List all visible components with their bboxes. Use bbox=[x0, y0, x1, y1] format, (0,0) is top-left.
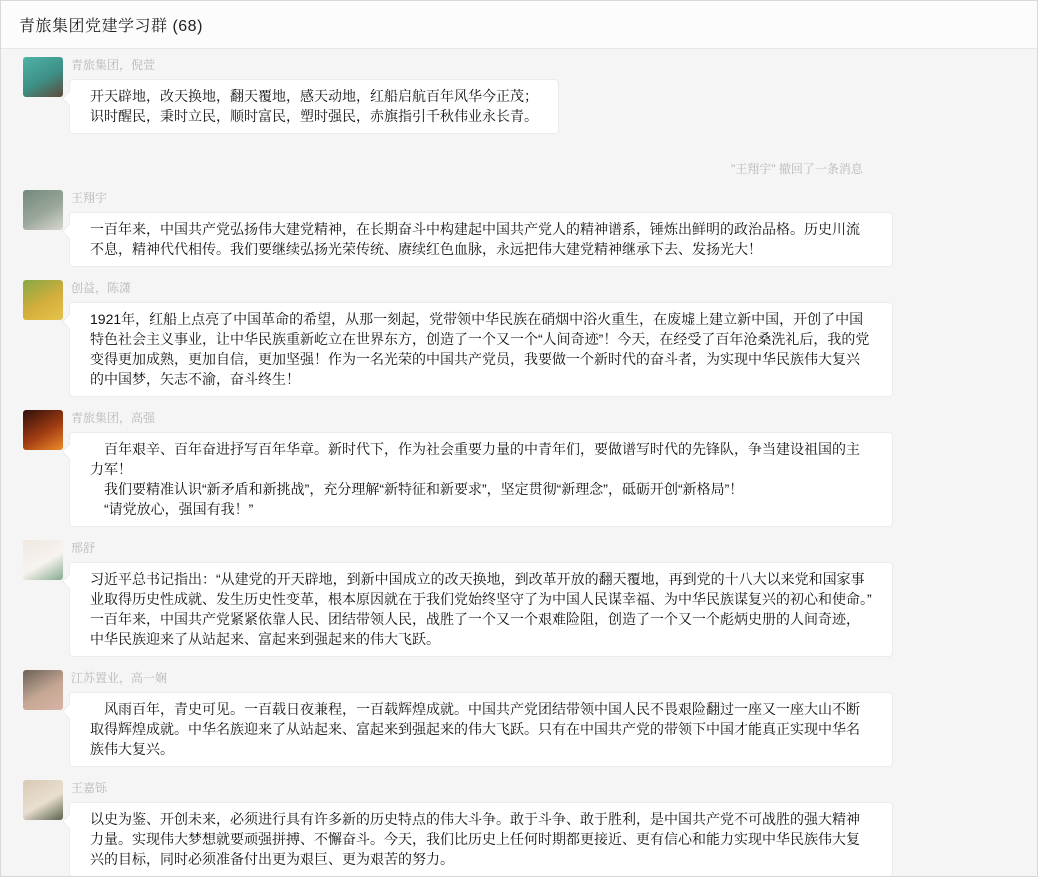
chat-header: 青旅集团党建学习群 (68) bbox=[1, 1, 1037, 49]
message-bubble[interactable]: 以史为鉴、开创未来，必须进行具有许多新的历史特点的伟大斗争。敢于斗争、敢于胜利，… bbox=[69, 802, 893, 877]
chat-message: 青旅集团，高强 百年艰辛、百年奋进抒写百年华章。新时代下，作为社会重要力量的中青… bbox=[23, 410, 1017, 527]
sender-name: 创益，陈潇 bbox=[71, 281, 131, 296]
message-body: 青旅集团，倪萱 开天辟地，改天换地，翻天覆地，感天动地，红船启航百年风华今正茂；… bbox=[69, 57, 559, 134]
message-body: 青旅集团，高强 百年艰辛、百年奋进抒写百年华章。新时代下，作为社会重要力量的中青… bbox=[69, 410, 893, 527]
chat-message: 邢舒 习近平总书记指出：“从建党的开天辟地，到新中国成立的改天换地，到改革开放的… bbox=[23, 540, 1017, 657]
user-avatar-family-photo-beige-background[interactable] bbox=[23, 780, 63, 820]
chat-message: 创益，陈潇 1921年，红船上点亮了中国革命的希望，从那一刻起，党带领中华民族在… bbox=[23, 280, 1017, 397]
chat-window: 青旅集团党建学习群 (68) 青旅集团，倪萱 开天辟地，改天换地，翻天覆地，感天… bbox=[0, 0, 1038, 877]
message-text-line: “请党放心，强国有我！” bbox=[90, 499, 872, 519]
sender-name: 青旅集团，倪萱 bbox=[71, 58, 155, 73]
chat-message: 青旅集团，倪萱 开天辟地，改天换地，翻天覆地，感天动地，红船启航百年风华今正茂；… bbox=[23, 57, 1017, 134]
message-body: 邢舒 习近平总书记指出：“从建党的开天辟地，到新中国成立的改天换地，到改革开放的… bbox=[69, 540, 893, 657]
message-bubble[interactable]: 风雨百年，青史可见。一百载日夜兼程，一百载辉煌成就。中国共产党团结带领中国人民不… bbox=[69, 692, 893, 767]
system-notice: "王翔宇" 撤回了一条消息 bbox=[23, 160, 1017, 178]
sender-name: 王嘉铄 bbox=[71, 781, 107, 796]
message-bubble[interactable]: 习近平总书记指出：“从建党的开天辟地，到新中国成立的改天换地，到改革开放的翻天覆… bbox=[69, 562, 893, 657]
sender-name: 王翔宇 bbox=[71, 191, 107, 206]
message-bubble[interactable]: 百年艰辛、百年奋进抒写百年华章。新时代下，作为社会重要力量的中青年们，要做谱写时… bbox=[69, 432, 893, 527]
message-text-line: 一百年来，中国共产党弘扬伟大建党精神，在长期奋斗中构建起中国共产党人的精神谱系，… bbox=[90, 219, 872, 259]
user-avatar-woman-and-child-pale-photo[interactable] bbox=[23, 540, 63, 580]
message-body: 王嘉铄 以史为鉴、开创未来，必须进行具有许多新的历史特点的伟大斗争。敢于斗争、敢… bbox=[69, 780, 893, 877]
message-body: 江苏置业，高一娴 风雨百年，青史可见。一百载日夜兼程，一百载辉煌成就。中国共产党… bbox=[69, 670, 893, 767]
user-avatar-snoopy-figurine-green-door-photo[interactable] bbox=[23, 190, 63, 230]
chat-message: 王嘉铄 以史为鉴、开创未来，必须进行具有许多新的历史特点的伟大斗争。敢于斗争、敢… bbox=[23, 780, 1017, 877]
message-bubble[interactable]: 一百年来，中国共产党弘扬伟大建党精神，在长期奋斗中构建起中国共产党人的精神谱系，… bbox=[69, 212, 893, 267]
message-text-line: 开天辟地，改天换地，翻天覆地，感天动地，红船启航百年风华今正茂； bbox=[90, 86, 538, 106]
sender-name: 青旅集团，高强 bbox=[71, 411, 155, 426]
chat-message: 江苏置业，高一娴 风雨百年，青史可见。一百载日夜兼程，一百载辉煌成就。中国共产党… bbox=[23, 670, 1017, 767]
sender-name: 邢舒 bbox=[71, 541, 95, 556]
message-text-line: 以史为鉴、开创未来，必须进行具有许多新的历史特点的伟大斗争。敢于斗争、敢于胜利，… bbox=[90, 809, 872, 869]
user-avatar-man-reading-book-teal-room-photo[interactable] bbox=[23, 57, 63, 97]
message-text-line: 习近平总书记指出：“从建党的开天辟地，到新中国成立的改天换地，到改革开放的翻天覆… bbox=[90, 569, 872, 649]
user-avatar-person-on-beach-with-rocks-photo[interactable] bbox=[23, 670, 63, 710]
message-text-line: 风雨百年，青史可见。一百载日夜兼程，一百载辉煌成就。中国共产党团结带领中国人民不… bbox=[90, 699, 872, 759]
message-text-line: 百年艰辛、百年奋进抒写百年华章。新时代下，作为社会重要力量的中青年们，要做谱写时… bbox=[90, 439, 872, 479]
group-title: 青旅集团党建学习群 (68) bbox=[19, 13, 203, 36]
message-text-line: 1921年，红船上点亮了中国革命的希望，从那一刻起，党带领中华民族在硝烟中浴火重… bbox=[90, 309, 872, 389]
message-body: 创益，陈潇 1921年，红船上点亮了中国革命的希望，从那一刻起，党带领中华民族在… bbox=[69, 280, 893, 397]
message-body: 王翔宇 一百年来，中国共产党弘扬伟大建党精神，在长期奋斗中构建起中国共产党人的精… bbox=[69, 190, 893, 267]
message-bubble[interactable]: 开天辟地，改天换地，翻天覆地，感天动地，红船启航百年风华今正茂；识时醒民，秉时立… bbox=[69, 79, 559, 134]
user-avatar-golden-field-green-hills-photo[interactable] bbox=[23, 280, 63, 320]
user-avatar-dark-red-volcano-sunset-photo[interactable] bbox=[23, 410, 63, 450]
chat-area[interactable]: 青旅集团，倪萱 开天辟地，改天换地，翻天覆地，感天动地，红船启航百年风华今正茂；… bbox=[1, 49, 1037, 877]
sender-name: 江苏置业，高一娴 bbox=[71, 671, 167, 686]
recall-notice-text: "王翔宇" 撤回了一条消息 bbox=[731, 160, 863, 177]
chat-message: 王翔宇 一百年来，中国共产党弘扬伟大建党精神，在长期奋斗中构建起中国共产党人的精… bbox=[23, 190, 1017, 267]
message-bubble[interactable]: 1921年，红船上点亮了中国革命的希望，从那一刻起，党带领中华民族在硝烟中浴火重… bbox=[69, 302, 893, 397]
message-text-line: 我们要精准认识“新矛盾和新挑战”，充分理解“新特征和新要求”，坚定贯彻“新理念”… bbox=[90, 479, 872, 499]
message-text-line: 识时醒民，秉时立民，顺时富民，塑时强民，赤旗指引千秋伟业永长青。 bbox=[90, 106, 538, 126]
